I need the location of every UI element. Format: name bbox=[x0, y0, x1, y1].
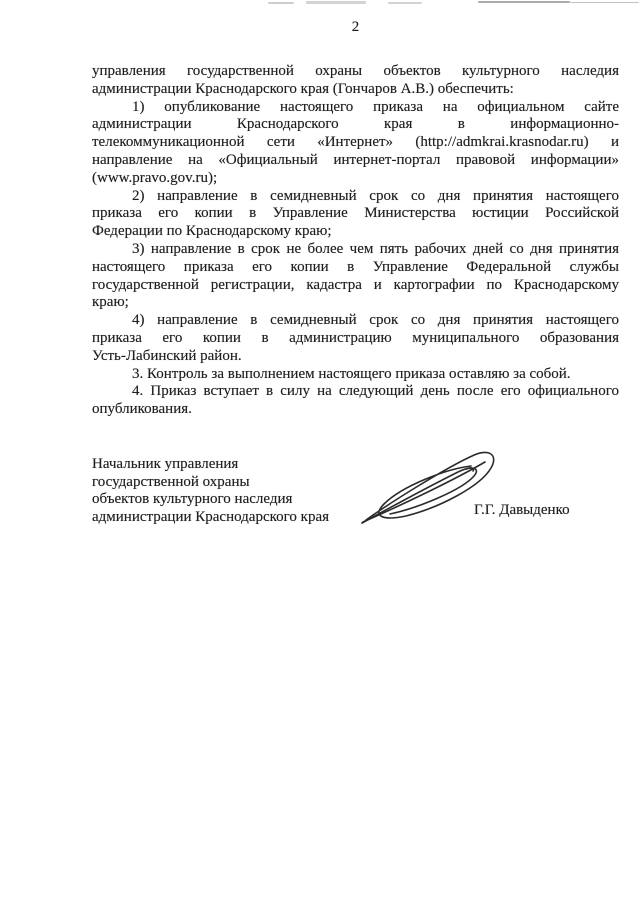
signature-title-line: государственной охраны bbox=[92, 474, 329, 492]
document-line: телекоммуникационной сети «Интернет» (ht… bbox=[92, 134, 619, 152]
document-page: 2 управления государственной охраны объе… bbox=[0, 0, 639, 905]
scan-artifact-mark bbox=[388, 2, 422, 4]
signature-title-line: Начальник управления bbox=[92, 456, 329, 474]
scan-artifact-mark bbox=[478, 1, 570, 3]
scan-artifact-mark bbox=[306, 1, 366, 4]
document-line: государственной регистрации, кадастра и … bbox=[92, 277, 619, 295]
document-line: 1) опубликование настоящего приказа на о… bbox=[92, 99, 619, 117]
document-line: краю; bbox=[92, 294, 619, 312]
document-line: настоящего приказа его копии в Управлени… bbox=[92, 259, 619, 277]
document-line: приказа его копии в Управление Министерс… bbox=[92, 205, 619, 223]
document-line: приказа его копии в администрацию муници… bbox=[92, 330, 619, 348]
document-line: Усть-Лабинский район. bbox=[92, 348, 619, 366]
signature-title: Начальник управлениягосударственной охра… bbox=[92, 456, 329, 526]
scan-artifact-mark bbox=[268, 2, 294, 4]
document-body: управления государственной охраны объект… bbox=[92, 63, 619, 419]
document-line: (www.pravo.gov.ru); bbox=[92, 170, 619, 188]
document-line: администрации Краснодарского края (Гонча… bbox=[92, 81, 619, 99]
document-line: 4. Приказ вступает в силу на следующий д… bbox=[92, 383, 619, 401]
document-line: 2) направление в семидневный срок со дня… bbox=[92, 188, 619, 206]
document-line: Федерации по Краснодарскому краю; bbox=[92, 223, 619, 241]
signature-title-line: администрации Краснодарского края bbox=[92, 509, 329, 527]
document-line: 3) направление в срок не более чем пять … bbox=[92, 241, 619, 259]
signer-name: Г.Г. Давыденко bbox=[474, 502, 570, 520]
document-line: управления государственной охраны объект… bbox=[92, 63, 619, 81]
document-line: 3. Контроль за выполнением настоящего пр… bbox=[92, 366, 619, 384]
document-line: 4) направление в семидневный срок со дня… bbox=[92, 312, 619, 330]
document-line: администрации Краснодарского края в инфо… bbox=[92, 116, 619, 134]
scan-artifact-mark bbox=[570, 2, 639, 3]
page-number: 2 bbox=[92, 19, 619, 36]
document-line: опубликования. bbox=[92, 401, 619, 419]
signature-title-line: объектов культурного наследия bbox=[92, 491, 329, 509]
signature-block: Начальник управлениягосударственной охра… bbox=[92, 456, 619, 546]
document-line: направление на «Официальный интернет-пор… bbox=[92, 152, 619, 170]
